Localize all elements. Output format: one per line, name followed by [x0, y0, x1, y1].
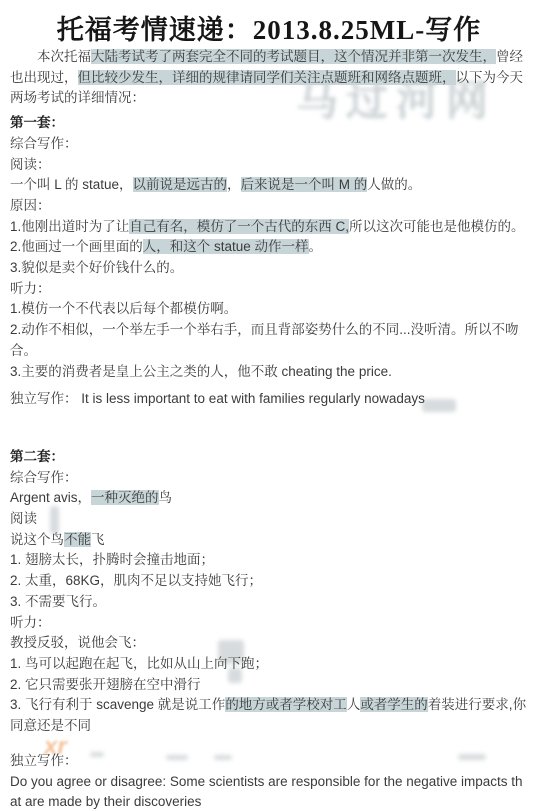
- text-segment: 后来说是一个叫 M 的: [241, 177, 368, 192]
- text-segment: 详细的规律请同学们关注点题班和网络点题班，: [172, 70, 456, 85]
- text-segment: ，: [227, 177, 241, 192]
- text-segment: 1. 鸟可以起跑在起飞，比如从山上向下跑；: [10, 656, 268, 671]
- set1-listening-item: 2.动作不相似，一个举左手一个举右手，而且背部姿势什么的不同...没听清。所以不…: [10, 320, 528, 361]
- text-segment: 独立写作：: [10, 391, 81, 406]
- set1-integrated-writing-label: 综合写作：: [10, 134, 528, 155]
- text-segment: 阅读: [10, 511, 37, 526]
- text-segment: It is less important to eat with familie…: [81, 391, 425, 406]
- text-segment: 人做的。: [367, 177, 421, 192]
- set2-heading: 第二套：: [10, 447, 528, 468]
- text-segment: 人: [347, 697, 361, 712]
- text-segment: 鸟: [159, 490, 173, 505]
- text-segment: 大陆考试考了两套完全不同的考试题目，: [91, 49, 334, 64]
- text-segment: 本次托福: [37, 49, 91, 64]
- text-segment: 原因：: [10, 198, 51, 213]
- page-title: 托福考情速递：2013.8.25ML-写作: [10, 8, 528, 47]
- text-segment: 不能: [64, 532, 91, 547]
- set1-listening-label: 听力：: [10, 279, 528, 300]
- text-segment: 1.模仿一个不代表以后每个都模仿啊。: [10, 301, 237, 316]
- text-segment: 教授反驳，说他会飞：: [10, 635, 145, 650]
- set2-listening-label: 听力：: [10, 613, 528, 634]
- set1-listening-item: 3.主要的消费者是皇上公主之类的人，他不敢 cheating the price…: [10, 362, 528, 383]
- text-segment: 的地方或者学校对工: [225, 697, 347, 712]
- document-page: 托福考情速递：2013.8.25ML-写作 本次托福大陆考试考了两套完全不同的考…: [0, 0, 538, 811]
- text-segment: 或者学生的: [360, 697, 428, 712]
- set2-reading-label: 阅读: [10, 509, 528, 530]
- text-segment: 一种灭绝的: [91, 490, 159, 505]
- set2-reading-point: 3. 不需要飞行。: [10, 592, 528, 613]
- text-segment: 第一套：: [10, 115, 64, 130]
- text-segment: 3.貌似是卖个好价钱什么的。: [10, 260, 183, 275]
- text-segment: Do you agree or disagree: Some scientist…: [10, 774, 523, 810]
- intro-paragraph: 本次托福大陆考试考了两套完全不同的考试题目，这个情况并非第一次发生，曾经也出现过…: [10, 47, 528, 109]
- text-segment: 2. 太重，68KG，肌肉不足以支持她飞行；: [10, 573, 262, 588]
- text-segment: 独立写作：: [10, 753, 78, 768]
- text-segment: 1.他刚出道时为了让: [10, 219, 129, 234]
- set1-reason-label: 原因：: [10, 196, 528, 217]
- text-segment: 所以这次可能也是他模仿的。: [349, 219, 525, 234]
- set1-heading: 第一套：: [10, 113, 528, 134]
- set1-reading-label: 阅读：: [10, 155, 528, 176]
- set1-reason-item: 1.他刚出道时为了让自己有名，模仿了一个古代的东西 C,所以这次可能也是他模仿的…: [10, 217, 528, 238]
- set1-reason-item: 3.貌似是卖个好价钱什么的。: [10, 258, 528, 279]
- set2-listening-point: 1. 鸟可以起跑在起飞，比如从山上向下跑；: [10, 654, 528, 675]
- text-segment: 这个情况并非第一次发生，: [334, 49, 496, 64]
- set2-topic: Argent avis，一种灭绝的鸟: [10, 488, 528, 509]
- set2-reading-intro: 说这个鸟不能飞: [10, 530, 528, 551]
- text-segment: 说这个鸟: [10, 532, 64, 547]
- text-segment: 1. 翅膀太长，扑腾时会撞击地面；: [10, 552, 214, 567]
- set1-listening-item: 1.模仿一个不代表以后每个都模仿啊。: [10, 299, 528, 320]
- text-segment: 以前说是远古的: [133, 177, 228, 192]
- set2-listening-point: 3. 飞行有利于 scavenge 就是说工作的地方或者学校对工人或者学生的着装…: [10, 695, 528, 736]
- set2-reading-point: 1. 翅膀太长，扑腾时会撞击地面；: [10, 550, 528, 571]
- text-segment: 听力：: [10, 615, 51, 630]
- set1-independent-writing: 独立写作： It is less important to eat with f…: [10, 389, 528, 410]
- set2-listening-point: 2. 它只需要张开翅膀在空中滑行: [10, 675, 528, 696]
- text-segment: 人，和这个 statue 动作一样: [143, 239, 309, 254]
- set2-reading-point: 2. 太重，68KG，肌肉不足以支持她飞行；: [10, 571, 528, 592]
- text-segment: 但比较少发生，: [78, 70, 173, 85]
- text-segment: 自己有名，模仿了一个古代的东西 C,: [129, 219, 349, 234]
- set2-independent-writing-prompt: Do you agree or disagree: Some scientist…: [10, 772, 528, 811]
- set2-independent-writing-label: 独立写作：: [10, 751, 528, 772]
- text-segment: 阅读：: [10, 157, 51, 172]
- text-segment: 2.动作不相似，一个举左手一个举右手，而且背部姿势什么的不同...没听清。所以不…: [10, 322, 519, 358]
- text-segment: 3. 不需要飞行。: [10, 594, 106, 609]
- set2-integrated-writing-label: 综合写作：: [10, 468, 528, 489]
- text-segment: 2.他画过一个画里面的: [10, 239, 143, 254]
- text-segment: 3.主要的消费者是皇上公主之类的人，他不敢 cheating the price…: [10, 364, 392, 379]
- text-segment: Argent avis，: [10, 490, 91, 505]
- text-segment: 听力：: [10, 281, 51, 296]
- set2-listening-intro: 教授反驳，说他会飞：: [10, 633, 528, 654]
- text-segment: 2. 它只需要张开翅膀在空中滑行: [10, 677, 201, 692]
- text-segment: 飞: [91, 532, 105, 547]
- text-segment: 一个叫 L 的 statue，: [10, 177, 133, 192]
- text-segment: 3. 飞行有利于 scavenge 就是说工作: [10, 697, 225, 712]
- set1-reason-item: 2.他画过一个画里面的人，和这个 statue 动作一样。: [10, 237, 528, 258]
- set1-reading-summary: 一个叫 L 的 statue，以前说是远古的，后来说是一个叫 M 的人做的。: [10, 175, 528, 196]
- text-segment: 综合写作：: [10, 136, 78, 151]
- text-segment: 第二套：: [10, 449, 64, 464]
- text-segment: 。: [309, 239, 323, 254]
- text-segment: 综合写作：: [10, 470, 78, 485]
